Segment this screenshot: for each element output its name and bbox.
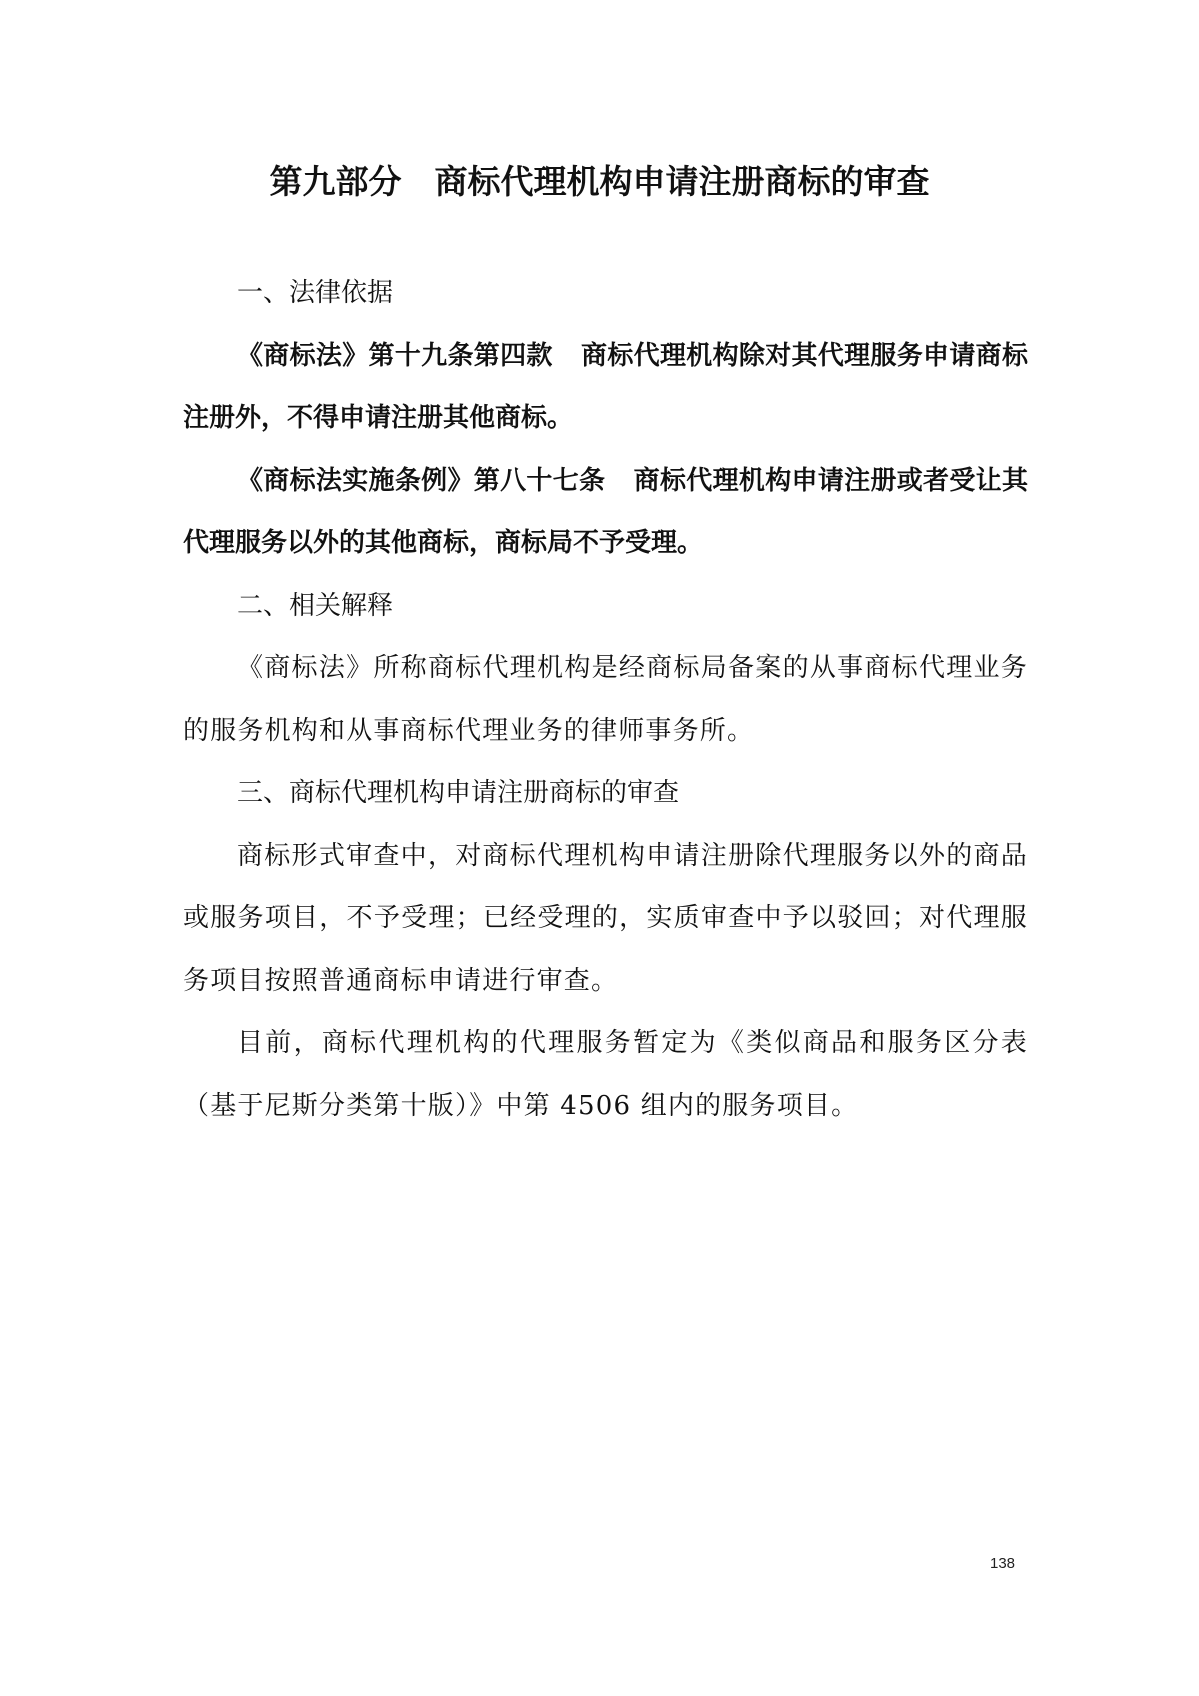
page-title: 第九部分商标代理机构申请注册商标的审查 <box>0 158 1199 206</box>
interpretation-paragraph: 《商标法》所称商标代理机构是经商标局备案的从事商标代理业务的服务机构和从事商标代… <box>183 637 1028 762</box>
page-number: 138 <box>990 1555 1015 1572</box>
legal-clause-implementing-regulations: 《商标法实施条例》第八十七条商标代理机构申请注册或者受让其代理服务以外的其他商标… <box>183 450 1028 575</box>
title-text: 商标代理机构申请注册商标的审查 <box>435 162 930 201</box>
legal-clause-trademark-law: 《商标法》第十九条第四款商标代理机构除对其代理服务申请商标注册外，不得申请注册其… <box>183 325 1028 450</box>
current-scope-paragraph: 目前，商标代理机构的代理服务暂定为《类似商品和服务区分表（基于尼斯分类第十版）》… <box>183 1012 1028 1137</box>
clause-lead: 《商标法实施条例》第八十七条 <box>237 466 605 496</box>
title-part: 第九部分 <box>270 162 402 201</box>
section-heading-examination: 三、商标代理机构申请注册商标的审查 <box>183 762 1028 825</box>
document-body: 一、法律依据 《商标法》第十九条第四款商标代理机构除对其代理服务申请商标注册外，… <box>183 262 1028 1137</box>
section-heading-interpretation: 二、相关解释 <box>183 575 1028 638</box>
document-page: 第九部分商标代理机构申请注册商标的审查 一、法律依据 《商标法》第十九条第四款商… <box>0 0 1199 1696</box>
section-heading-legal-basis: 一、法律依据 <box>183 262 1028 325</box>
clause-lead: 《商标法》第十九条第四款 <box>237 341 553 371</box>
examination-paragraph: 商标形式审查中，对商标代理机构申请注册除代理服务以外的商品或服务项目，不予受理；… <box>183 825 1028 1013</box>
